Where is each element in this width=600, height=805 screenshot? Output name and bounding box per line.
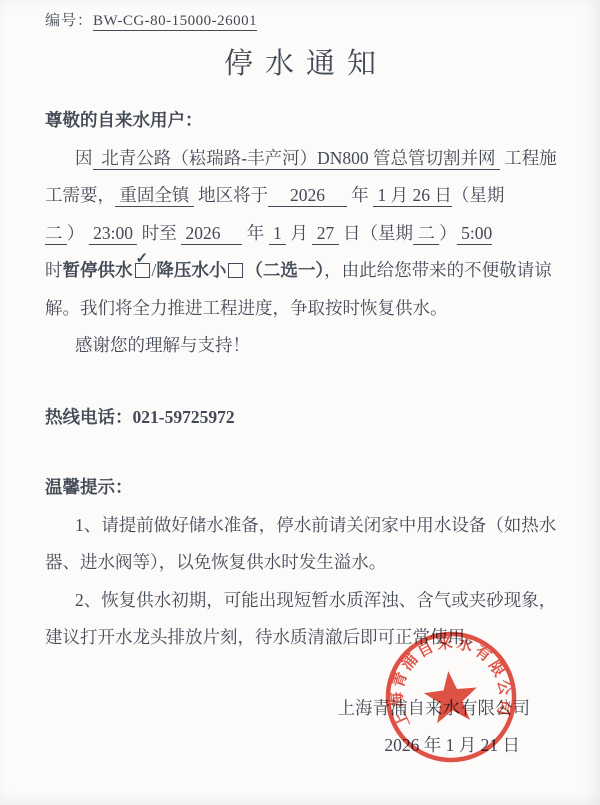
document-body: 尊敬的自来水用户：因 北青公路（崧瑞路-丰产河）DN800 管总管切割并网 工程… — [0, 102, 600, 765]
text-segment: ） — [67, 223, 89, 243]
text-segment: ） — [439, 223, 457, 243]
text-segment: 2026 — [181, 223, 242, 245]
document-number-value: BW-CG-80-15000-26001 — [93, 13, 257, 31]
document-number-label: 编号： — [45, 13, 93, 29]
text-segment: 感谢您的理解与支持！ — [75, 335, 250, 355]
line-greeting: 尊敬的自来水用户： — [45, 102, 562, 140]
text-segment: 年 — [242, 223, 268, 243]
text-segment: 2026 — [268, 185, 347, 207]
stop-water-checkbox-checked: ✓ — [135, 263, 150, 278]
water-outage-notice-document: 编号：BW-CG-80-15000-26001 停水通知 尊敬的自来水用户：因 … — [0, 0, 600, 805]
text-segment: ，由此给您带来的不便敬请谅 — [324, 260, 552, 280]
text-segment: 二 — [413, 223, 439, 245]
line-hotline: 热线电话：021-59725972 — [45, 399, 562, 437]
line-tip2b: 建议打开水龙头排放片刻，待水质清澈后即可正常使用。 — [45, 619, 562, 657]
text-segment: 27 — [312, 223, 338, 245]
text-segment: （星期 — [452, 185, 505, 205]
text-segment: 2、恢复供水初期，可能出现短暂水质浑浊、含气或夹砂现象， — [75, 590, 556, 610]
text-segment: 年 — [347, 185, 373, 205]
text-segment: 北青公路（崧瑞路-丰产河）DN800 管总管切割并网 — [93, 148, 500, 170]
line-p1l1: 因 北青公路（崧瑞路-丰产河）DN800 管总管切割并网 工程施 — [45, 140, 562, 178]
text-segment: 温馨提示： — [45, 477, 133, 497]
line-thanks: 感谢您的理解与支持！ — [45, 327, 562, 365]
line-p1l4: 时暂停供水✓/降压水小（二选一），由此给您带来的不便敬请谅 — [45, 252, 562, 290]
text-segment: 上海青浦自来水有限公司 — [338, 698, 531, 718]
text-segment: 工需要， — [45, 185, 115, 205]
text-segment: 建议打开水龙头排放片刻，待水质清澈后即可正常使用。 — [45, 627, 483, 647]
text-segment: 二 — [45, 223, 67, 245]
text-segment: 月 — [286, 223, 312, 243]
line-p1l3: 二 ） 23:00 时至 2026 年 1 月 27 日（星期 二 ） 5:00 — [45, 215, 562, 253]
line-p1l2: 工需要， 重固全镇 地区将于 2026 年 1 月 26 日（星期 — [45, 177, 562, 215]
text-segment: 器、进水阀等），以免恢复供水时发生溢水。 — [45, 552, 386, 572]
text-segment: 工程施 — [500, 148, 557, 168]
text-segment: 日（星期 — [339, 223, 413, 243]
text-segment: 重固全镇 — [115, 185, 194, 207]
line-p1l5: 解。我们将全力推进工程进度，争取按时恢复供水。 — [45, 290, 562, 328]
text-segment: 尊敬的自来水用户： — [45, 110, 203, 130]
text-segment: 2026 年 1 月 21 日 — [384, 735, 520, 755]
checkmark-icon: ✓ — [136, 252, 149, 267]
text-segment: 因 — [75, 148, 93, 168]
text-segment: 时 — [45, 260, 63, 280]
text-segment: 1、请提前做好储水准备，停水前请关闭家中用水设备（如热水 — [75, 515, 556, 535]
text-segment: 1 — [269, 223, 287, 245]
text-segment: 地区将于 — [194, 185, 268, 205]
document-number: 编号：BW-CG-80-15000-26001 — [0, 0, 600, 33]
text-segment: 1 月 26 日 — [373, 185, 452, 207]
page-title: 停水通知 — [0, 43, 600, 85]
line-sign-company: 上海青浦自来水有限公司 — [45, 690, 562, 728]
text-segment: 暂停供水 — [63, 260, 133, 280]
line-tip2a: 2、恢复供水初期，可能出现短暂水质浑浊、含气或夹砂现象， — [45, 582, 562, 620]
line-tip1a: 1、请提前做好储水准备，停水前请关闭家中用水设备（如热水 — [45, 507, 562, 545]
text-segment: 23:00 — [89, 223, 138, 245]
text-segment: 021-59725972 — [133, 407, 235, 427]
text-segment: 热线电话： — [45, 407, 133, 427]
line-tips-title: 温馨提示： — [45, 469, 562, 507]
reduce-pressure-checkbox-empty — [228, 263, 243, 278]
text-segment: 时至 — [137, 223, 181, 243]
line-sign-date: 2026 年 1 月 21 日 — [45, 727, 562, 765]
text-segment: 解。我们将全力推进工程进度，争取按时恢复供水。 — [45, 298, 448, 318]
text-segment: 5:00 — [457, 223, 493, 245]
text-segment: （二选一） — [245, 260, 324, 280]
text-segment: 降压水小 — [156, 260, 226, 280]
line-tip1b: 器、进水阀等），以免恢复供水时发生溢水。 — [45, 544, 562, 582]
